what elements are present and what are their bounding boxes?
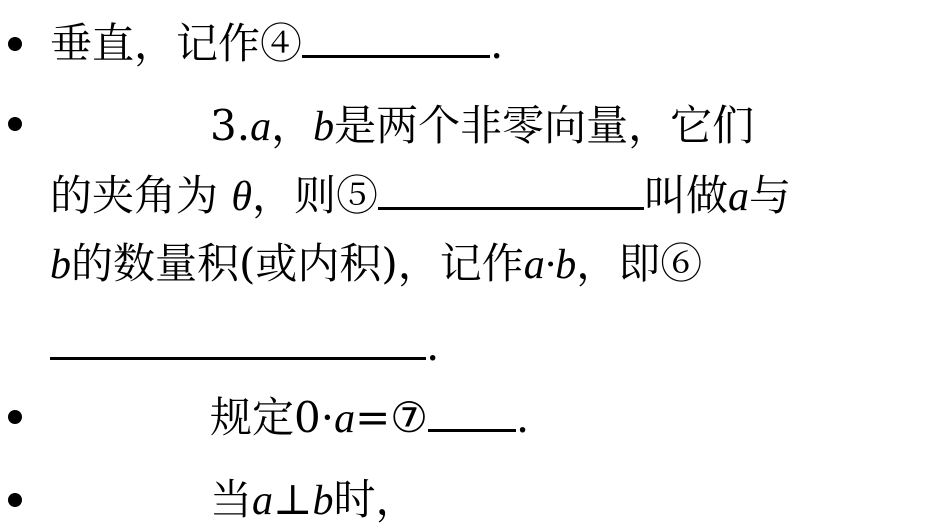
bullet-2 — [8, 117, 22, 131]
var-b: b — [313, 478, 334, 524]
item-2-line-4: . — [50, 318, 439, 374]
var-a: a — [334, 396, 355, 442]
item-1-text: 垂直，记作④ — [50, 19, 302, 68]
bullet-3 — [8, 410, 22, 424]
item-3-text: 规定0· — [210, 393, 334, 442]
var-a: a — [252, 478, 273, 524]
var-b: b — [313, 104, 334, 150]
answer-blank-7[interactable] — [428, 428, 516, 432]
item-2-text-4: 叫做 — [644, 171, 728, 220]
item-2-number: 3. — [210, 101, 250, 150]
var-b: b — [50, 242, 71, 288]
item-1-line-1: 垂直，记作④. — [50, 16, 503, 72]
item-2-text-3: ，则⑤ — [252, 171, 378, 220]
item-3-text-2: =⑦ — [355, 393, 428, 442]
bullet-4 — [8, 493, 22, 507]
item-2-line-1: 3.a，b是两个非零向量，它们 — [210, 98, 754, 155]
item-2-text-6: 的数量积(或内积)，记作 — [71, 239, 524, 288]
bullet-1 — [8, 37, 22, 51]
item-2-line-3: b的数量积(或内积)，记作a·b，即⑥ — [50, 236, 702, 293]
item-4-text: 当 — [210, 475, 252, 524]
item-3-period: . — [516, 393, 529, 442]
perp-symbol: ⊥ — [273, 475, 313, 524]
answer-blank-4[interactable] — [302, 54, 490, 58]
item-4-line-1: 当a⊥b时， — [210, 472, 418, 529]
answer-blank-5[interactable] — [378, 206, 644, 210]
comma: ， — [271, 101, 313, 150]
item-4-text-2: 时， — [334, 475, 418, 524]
item-2-period: . — [426, 321, 439, 370]
var-theta: θ — [231, 174, 252, 220]
answer-blank-6[interactable] — [50, 356, 426, 360]
item-2-text-5: 与 — [749, 171, 791, 220]
item-2-text-2: 的夹角为 — [50, 171, 231, 220]
item-1-period: . — [490, 19, 503, 68]
expr-a-dot-b: a·b — [524, 242, 577, 288]
item-2-line-2: 的夹角为 θ，则⑤叫做a与 — [50, 168, 791, 225]
item-2-text-7: ，即⑥ — [576, 239, 702, 288]
item-3-line-1: 规定0·a=⑦. — [210, 390, 529, 447]
item-2-text-1: 是两个非零向量，它们 — [334, 101, 754, 150]
var-a: a — [250, 104, 271, 150]
var-a: a — [728, 174, 749, 220]
